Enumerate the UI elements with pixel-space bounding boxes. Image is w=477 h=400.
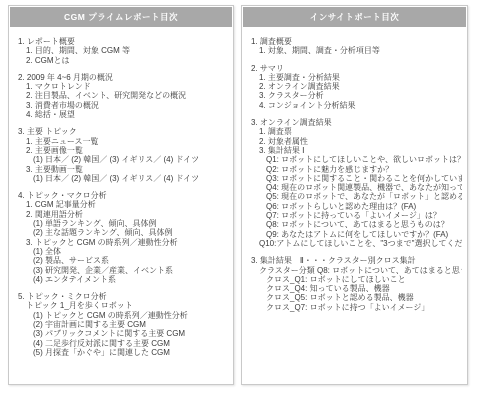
toc-item: 1. 主要ニュース一覧 — [16, 137, 228, 146]
toc-section-heading: 5. トピック・ミクロ分析 — [16, 292, 228, 301]
toc-item: 3. 集計結果 Ⅰ — [249, 146, 462, 155]
panel-title: インサイトポート目次 — [243, 7, 466, 27]
toc-item: 2. 対象者属性 — [249, 137, 462, 146]
toc-item: (1) トピックと CGM の時系列／連動性分析 — [16, 311, 228, 320]
toc-section: 4. トピック・マクロ分析1. CGM 記事量分析2. 関連用語分析(1) 単語… — [16, 191, 228, 284]
toc-section-heading: 2. サマリ — [249, 64, 462, 73]
toc-item: (3) 研究開発、企業／産業、イベント系 — [16, 266, 228, 275]
toc-item: (5) 月探査「かぐや」に関連した CGM — [16, 348, 228, 357]
toc-item: 4. コンジョイント分析結果 — [249, 101, 462, 110]
toc-section-heading: 3. 主要 トピック — [16, 127, 228, 136]
toc-section: 1. 調査概要1. 対象、期間、調査・分析項目等 — [249, 37, 462, 56]
toc-section: 1. レポート概要1. 目的、期間、対象 CGM 等2. CGMとは — [16, 37, 228, 65]
toc-item: (1) 日本／ (2) 韓国／ (3) イギリス／ (4) ドイツ — [16, 174, 228, 183]
toc-item: クロス_Q4: 知っている製品、機器 — [249, 284, 462, 293]
panel-title: CGM プライムレポート目次 — [10, 7, 232, 27]
toc-item: 1. CGM 記事量分析 — [16, 200, 228, 209]
toc-item: Q6: ロボットらしいと認めた理由は？(FA) — [249, 202, 462, 211]
toc-item: Q4: 現在のロボット関連製品、機器で、あなたが知っているものは？ — [249, 183, 462, 192]
toc-item: 2. 主要画像一覧 — [16, 146, 228, 155]
toc-item: クロス_Q1: ロボットにしてほしいこと — [249, 275, 462, 284]
toc-item: (2) 宇宙計画に関する主要 CGM — [16, 320, 228, 329]
toc-item: 1. 目的、期間、対象 CGM 等 — [16, 46, 228, 55]
toc-item: 3. 消費者市場の概況 — [16, 101, 228, 110]
toc-section-heading: 4. トピック・マクロ分析 — [16, 191, 228, 200]
toc-item: トピック 1_月を歩くロボット — [16, 301, 228, 310]
toc-item: Q8: ロボットについて、あてはまると思うものは？ — [249, 220, 462, 229]
toc-item: 2. 関連用語分析 — [16, 210, 228, 219]
toc-item: 2. 注目製品、イベント、研究開発などの概況 — [16, 91, 228, 100]
toc-section: 5. トピック・ミクロ分析トピック 1_月を歩くロボット(1) トピックと CG… — [16, 292, 228, 357]
toc-item: (4) 二足歩行反対派に関する主要 CGM — [16, 339, 228, 348]
toc-item: 1. 調査票 — [249, 127, 462, 136]
toc-section-heading: 1. 調査概要 — [249, 37, 462, 46]
toc-section-heading: 3. オンライン調査結果 — [249, 118, 462, 127]
insight-report-toc-panel: インサイトポート目次 1. 調査概要1. 対象、期間、調査・分析項目等2. サマ… — [241, 5, 468, 385]
toc-item: Q10:アトムにしてほしいことを、"3つまで"選択してください。 — [249, 239, 462, 248]
toc-section-heading: 3. 集計結果 Ⅱ・・・クラスター別クロス集計 — [249, 256, 462, 265]
toc-item: (1) 全体 — [16, 247, 228, 256]
toc-section: 3. 主要 トピック1. 主要ニュース一覧2. 主要画像一覧(1) 日本／ (2… — [16, 127, 228, 183]
toc-section-heading: 2. 2009 年 4~6 月期の概況 — [16, 73, 228, 82]
toc-section: 2. 2009 年 4~6 月期の概況1. マクロトレンド2. 注目製品、イベン… — [16, 73, 228, 119]
panel-body: 1. レポート概要1. 目的、期間、対象 CGM 等2. CGMとは2. 200… — [9, 28, 233, 371]
toc-item: 2. オンライン調査結果 — [249, 82, 462, 91]
toc-item: 2. CGMとは — [16, 56, 228, 65]
toc-item: クロス_Q5: ロボットと認める製品、機器 — [249, 293, 462, 302]
toc-item: (1) 単語ランキング、傾向、具体例 — [16, 219, 228, 228]
toc-section: 2. サマリ1. 主要調査・分析結果2. オンライン調査結果3. クラスター分析… — [249, 64, 462, 110]
toc-item: Q7: ロボットに持っている「よいイメージ」は？ — [249, 211, 462, 220]
toc-item: クロス_Q7: ロボットに持つ「よいイメージ」 — [249, 303, 462, 312]
toc-item: Q2: ロボットに魅力を感じますか？ — [249, 165, 462, 174]
toc-section: 3. 集計結果 Ⅱ・・・クラスター別クロス集計クラスター分類 Q8: ロボットに… — [249, 256, 462, 312]
toc-item: 3. トピックと CGM の時系列／連動性分析 — [16, 238, 228, 247]
toc-item: (3) パブリックコメントに関する主要 CGM — [16, 329, 228, 338]
toc-item: 1. 主要調査・分析結果 — [249, 73, 462, 82]
toc-item: (4) エンタテイメント系 — [16, 275, 228, 284]
toc-section: 3. オンライン調査結果1. 調査票2. 対象者属性3. 集計結果 ⅠQ1: ロ… — [249, 118, 462, 248]
cgm-prime-report-toc-panel: CGM プライムレポート目次 1. レポート概要1. 目的、期間、対象 CGM … — [8, 5, 234, 385]
toc-section-heading: 1. レポート概要 — [16, 37, 228, 46]
toc-item: クラスター分類 Q8: ロボットについて、あてはまると思うもの — [249, 266, 462, 275]
toc-item: Q1: ロボットにしてほしいことや、欲しいロボットは？ — [249, 155, 462, 164]
toc-item: (2) 主な話題ランキング、傾向、具体例 — [16, 228, 228, 237]
toc-item: 1. マクロトレンド — [16, 82, 228, 91]
toc-item: (2) 製品、サービス系 — [16, 256, 228, 265]
toc-item: 3. クラスター分析 — [249, 91, 462, 100]
toc-item: 4. 総括・展望 — [16, 110, 228, 119]
toc-item: (1) 日本／ (2) 韓国／ (3) イギリス／ (4) ドイツ — [16, 155, 228, 164]
toc-item: Q5: 現在のロボットで、あなたが「ロボット」と認めるものは？ — [249, 192, 462, 201]
toc-item: Q9: あなたはアトムに何をしてほしいですか？(FA) — [249, 230, 462, 239]
toc-item: Q3: ロボットに関すること・関わることを何かしていますか？ — [249, 174, 462, 183]
toc-item: 3. 主要動画一覧 — [16, 165, 228, 174]
panel-body: 1. 調査概要1. 対象、期間、調査・分析項目等2. サマリ1. 主要調査・分析… — [242, 28, 467, 326]
toc-item: 1. 対象、期間、調査・分析項目等 — [249, 46, 462, 55]
